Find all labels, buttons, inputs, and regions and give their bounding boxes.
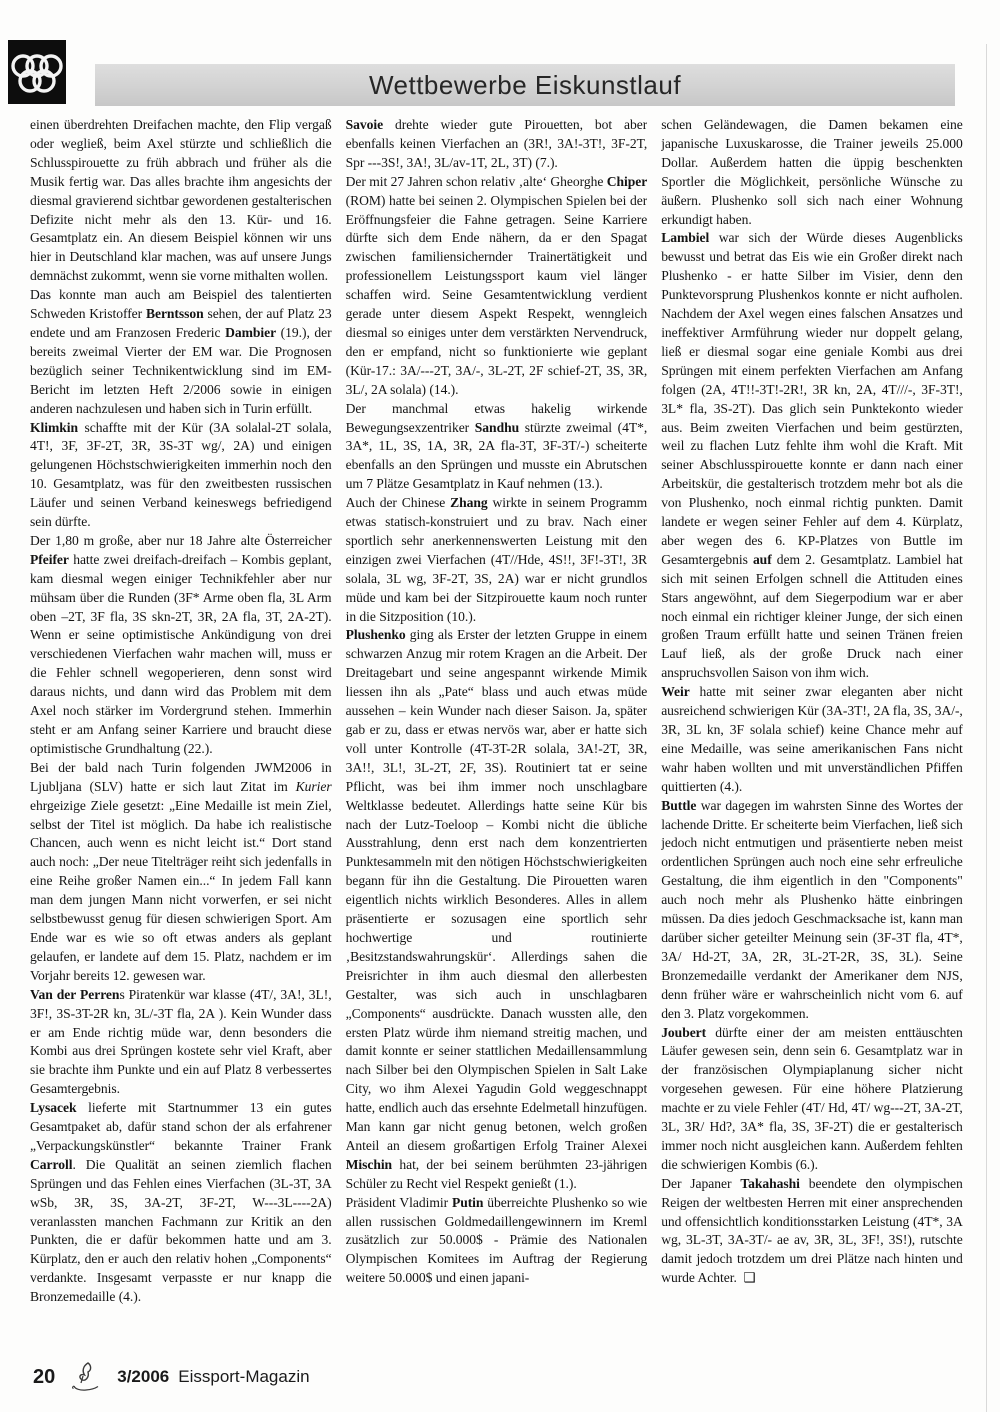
paragraph: Bei der bald nach Turin folgenden JWM200… xyxy=(30,759,332,986)
paragraph: Präsident Vladimir Putin überreichte Plu… xyxy=(346,1194,648,1289)
paragraph: Lambiel war sich der Würde dieses Augenb… xyxy=(661,229,963,683)
issue-number: 3/2006 xyxy=(117,1367,169,1387)
text-column-3: schen Geländewagen, die Damen bekamen ei… xyxy=(661,116,963,1362)
page-footer: 20 3/2006 Eissport-Magazin xyxy=(33,1360,310,1394)
paragraph: Joubert dürfte einer der am meisten entt… xyxy=(661,1024,963,1175)
paragraph: Plushenko ging als Erster der letzten Gr… xyxy=(346,626,648,1193)
text-column-1: einen überdrehten Dreifachen machte, den… xyxy=(30,116,332,1362)
paragraph: Der mit 27 Jahren schon relativ ‚alte‘ G… xyxy=(346,173,648,400)
text-column-2: Savoie drehte wieder gute Pirouetten, bo… xyxy=(346,116,648,1362)
section-header-bar: Wettbewerbe Eiskunstlauf xyxy=(95,64,955,106)
paragraph: einen überdrehten Dreifachen machte, den… xyxy=(30,116,332,286)
skater-logo-icon xyxy=(70,1361,104,1393)
article-body: einen überdrehten Dreifachen machte, den… xyxy=(30,116,963,1362)
paragraph: Weir hatte mit seiner zwar eleganten abe… xyxy=(661,683,963,796)
paragraph: Auch der Chinese Zhang wirkte in seinem … xyxy=(346,494,648,626)
paragraph: Van der Perrens Piratenkür war klasse (4… xyxy=(30,986,332,1099)
paragraph: Lysacek lieferte mit Startnummer 13 ein … xyxy=(30,1099,332,1307)
paragraph: schen Geländewagen, die Damen bekamen ei… xyxy=(661,116,963,229)
paragraph: Das konnte man auch am Beispiel des tale… xyxy=(30,286,332,418)
magazine-name: Eissport-Magazin xyxy=(178,1367,309,1387)
page-number: 20 xyxy=(33,1366,55,1389)
paragraph: Der Japaner Takahashi beendete den olymp… xyxy=(661,1175,963,1288)
magazine-page: { "header": { "title": "Wettbewerbe Eisk… xyxy=(0,0,1000,1412)
section-title: Wettbewerbe Eiskunstlauf xyxy=(369,70,681,101)
paragraph: Der 1,80 m große, aber nur 18 Jahre alte… xyxy=(30,532,332,759)
paragraph: Buttle war dagegen im wahrsten Sinne des… xyxy=(661,797,963,1024)
paragraph: Klimkin schaffte mit der Kür (3A solalal… xyxy=(30,419,332,532)
page-edge-line xyxy=(986,44,987,1412)
olympic-rings-icon xyxy=(8,40,66,104)
paragraph: Savoie drehte wieder gute Pirouetten, bo… xyxy=(346,116,648,173)
paragraph: Der manchmal etwas hakelig wirkende Bewe… xyxy=(346,400,648,495)
